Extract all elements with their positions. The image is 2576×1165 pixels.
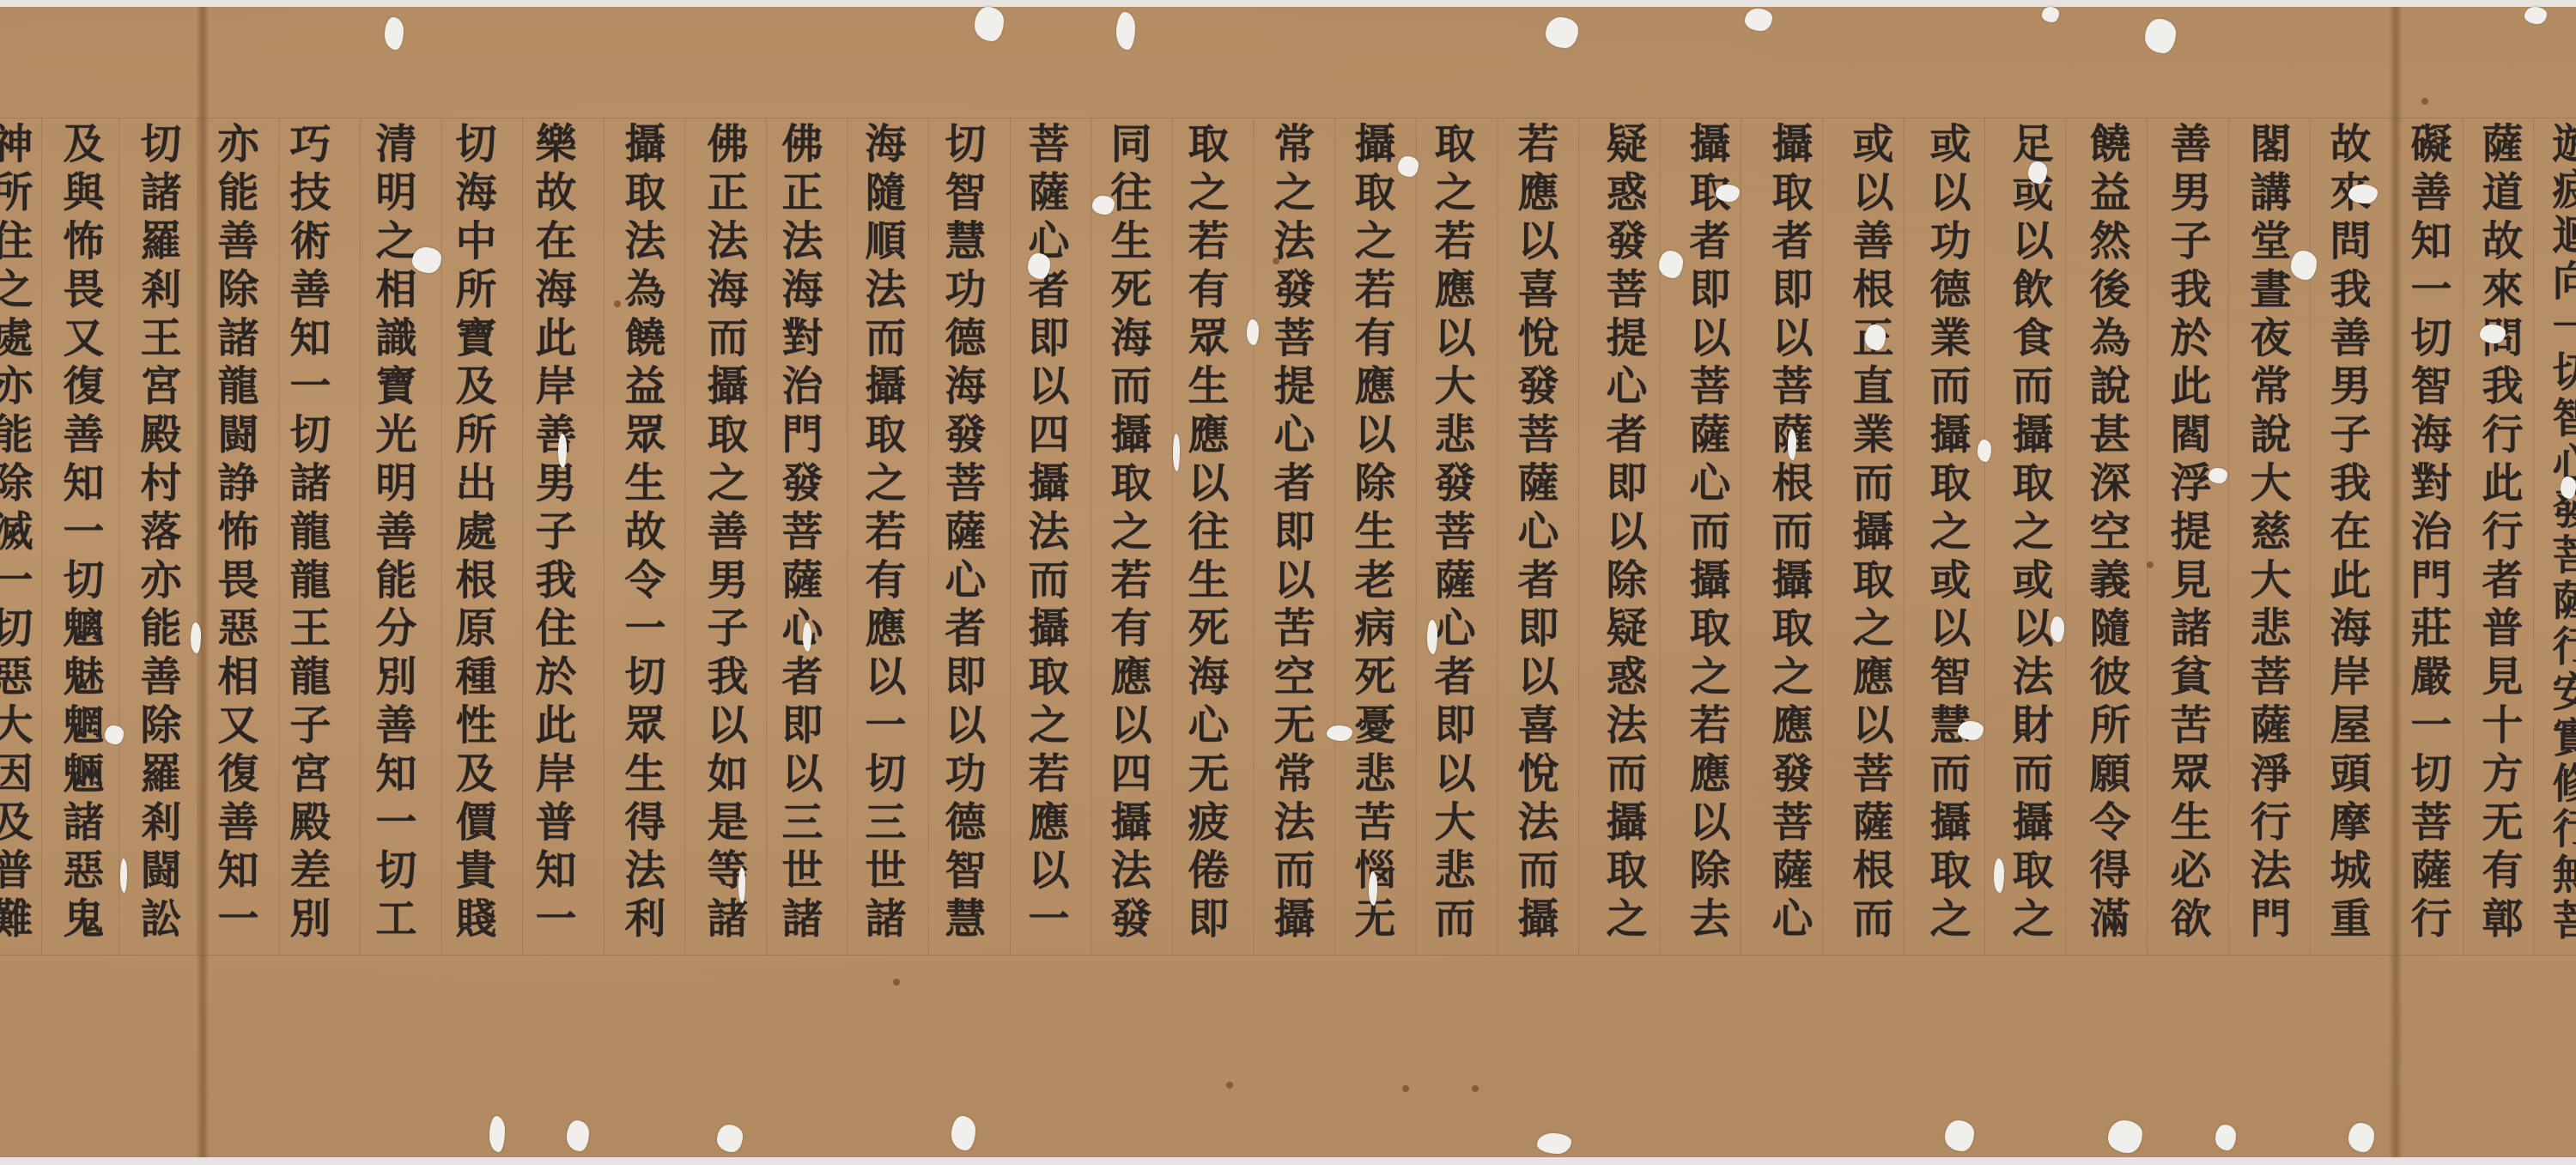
wormhole bbox=[2108, 1120, 2142, 1153]
wormhole bbox=[2050, 616, 2064, 642]
stain-dot bbox=[2421, 98, 2428, 105]
wormhole bbox=[975, 7, 1004, 41]
wormhole bbox=[1327, 725, 1352, 741]
stain-dot bbox=[614, 300, 621, 307]
column-rule bbox=[118, 118, 119, 955]
wormhole bbox=[717, 1125, 743, 1152]
text-column: 取之若應以大悲發菩薩心者即以大悲而 bbox=[1425, 122, 1477, 989]
stain-dot bbox=[1402, 1085, 1409, 1092]
wormhole bbox=[1092, 196, 1115, 215]
text-column: 切諸羅剎王宮殿村落亦能善除羅剎闘訟 bbox=[131, 122, 183, 989]
text-column: 取之若有眾生應以往生死海心无疲倦即 bbox=[1179, 122, 1230, 989]
wormhole bbox=[385, 17, 404, 50]
wormhole bbox=[1116, 12, 1135, 50]
wormhole bbox=[1978, 440, 1991, 462]
wormhole bbox=[1865, 325, 1886, 350]
stain-dot bbox=[2147, 561, 2154, 568]
wormhole bbox=[1537, 1133, 1571, 1154]
text-column: 切海中所寶及所出處根原種性及價貴賤 bbox=[447, 122, 498, 989]
text-column: 薩道故來問我行此行者普見十方无有鄣 bbox=[2473, 122, 2524, 989]
text-column: 善男子我於此閻浮提見諸貧苦眾生必欲 bbox=[2161, 122, 2213, 989]
wormhole bbox=[1427, 620, 1437, 654]
wormhole bbox=[2028, 161, 2047, 184]
text-column: 神所住之處亦能除滅一切惡大因及普難 bbox=[0, 122, 34, 989]
text-column: 及與怖畏又復善知一切魑魅魍魎諸惡鬼 bbox=[54, 122, 106, 989]
text-column: 佛正法海對治門發菩薩心者即以三世諸 bbox=[773, 122, 824, 989]
text-column: 巧技術善知一切諸龍龍王龍子宮殿差別 bbox=[281, 122, 332, 989]
wormhole bbox=[2215, 1125, 2236, 1150]
wormhole bbox=[951, 1116, 975, 1150]
paper-join-seam bbox=[2389, 7, 2403, 1157]
text-column: 同往生死海而攝取之若有應以四攝法發 bbox=[1102, 122, 1153, 989]
stain-dot bbox=[1472, 1085, 1479, 1092]
text-column: 清明之相識寶光明善能分別善知一切工 bbox=[367, 122, 418, 989]
text-column: 攝取之若有應以除生老病死憂悲苦惱无 bbox=[1346, 122, 1397, 989]
text-column: 切智慧功德海發菩薩心者即以功德智慧 bbox=[936, 122, 987, 989]
text-column: 亦能善除諸龍闘諍怖畏惡相又復善知一 bbox=[209, 122, 260, 989]
column-rule bbox=[41, 118, 42, 955]
wormhole bbox=[1994, 859, 2004, 893]
wormhole bbox=[1788, 429, 1796, 460]
wormhole bbox=[2348, 1123, 2374, 1152]
text-column: 海隨順法而攝取之若有應以一切三世諸 bbox=[856, 122, 908, 989]
text-column: 遊疲迴向一切智心發菩薩行安實修行無菩 bbox=[2543, 122, 2576, 989]
wormhole bbox=[2348, 185, 2378, 203]
wormhole bbox=[1958, 721, 1984, 740]
wormhole bbox=[567, 1120, 589, 1151]
wormhole bbox=[1945, 1120, 1974, 1151]
column-rule bbox=[2463, 118, 2464, 955]
text-column: 饒益然後為說甚深空義隨彼所願令得滿 bbox=[2081, 122, 2132, 989]
stain-dot bbox=[893, 979, 900, 986]
wormhole bbox=[489, 1116, 505, 1152]
text-column: 樂故在海此岸善男子我住於此岸普知一 bbox=[526, 122, 578, 989]
text-column: 或以功德業而攝取之或以智慧而攝取之 bbox=[1921, 122, 1972, 989]
wormhole bbox=[1716, 185, 1740, 202]
wormhole bbox=[120, 859, 127, 893]
wormhole bbox=[1659, 251, 1683, 278]
wormhole bbox=[1247, 319, 1259, 345]
wormhole bbox=[2291, 251, 2317, 280]
wormhole bbox=[2208, 468, 2227, 483]
wormhole bbox=[105, 725, 124, 744]
wormhole bbox=[1398, 156, 1419, 177]
wormhole bbox=[1173, 434, 1180, 471]
wormhole bbox=[2042, 7, 2059, 22]
text-column: 攝取者即以菩薩根而攝取之應發菩薩心 bbox=[1763, 122, 1814, 989]
text-column: 菩薩心者即以四攝法而攝取之若應以一 bbox=[1019, 122, 1071, 989]
wormhole bbox=[1546, 17, 1578, 48]
text-column: 或以善根正直業而攝取之應以菩薩根而 bbox=[1844, 122, 1895, 989]
text-column: 閣講堂晝夜常說大慈大悲菩薩淨行法門 bbox=[2241, 122, 2293, 989]
wormhole bbox=[2524, 7, 2547, 24]
wormhole bbox=[1369, 871, 1377, 906]
wormhole bbox=[2561, 476, 2576, 499]
text-column: 佛正法海而攝取之善男子我以如是等諸 bbox=[698, 122, 750, 989]
wormhole bbox=[2480, 325, 2506, 343]
wormhole bbox=[1745, 9, 1772, 31]
text-column: 足或以飲食而攝取之或以法財而攝取之 bbox=[2003, 122, 2055, 989]
text-column: 故來問我善男子我在此海岸屋頭摩城重 bbox=[2321, 122, 2372, 989]
wormhole bbox=[1028, 253, 1050, 279]
text-column: 疑惑發菩提心者即以除疑惑法而攝取之 bbox=[1597, 122, 1649, 989]
wormhole bbox=[2145, 19, 2176, 53]
wormhole bbox=[803, 622, 811, 652]
stain-dot bbox=[1273, 258, 1279, 264]
text-column: 攝取者即以菩薩心而攝取之若應以除去 bbox=[1680, 122, 1732, 989]
text-column: 常之法發菩提心者即以苦空无常法而攝 bbox=[1265, 122, 1316, 989]
stain-dot bbox=[1226, 1082, 1233, 1089]
wormhole bbox=[412, 247, 441, 273]
wormhole bbox=[738, 867, 745, 903]
text-column: 礙善知一切智海對治門莊嚴一切菩薩行 bbox=[2402, 122, 2453, 989]
text-column: 若應以喜悅發菩薩心者即以喜悅法而攝 bbox=[1509, 122, 1560, 989]
text-column: 攝取法為饒益眾生故令一切眾生得法利 bbox=[616, 122, 667, 989]
wormhole bbox=[558, 434, 567, 468]
wormhole bbox=[191, 622, 201, 653]
column-rule bbox=[2533, 118, 2534, 955]
